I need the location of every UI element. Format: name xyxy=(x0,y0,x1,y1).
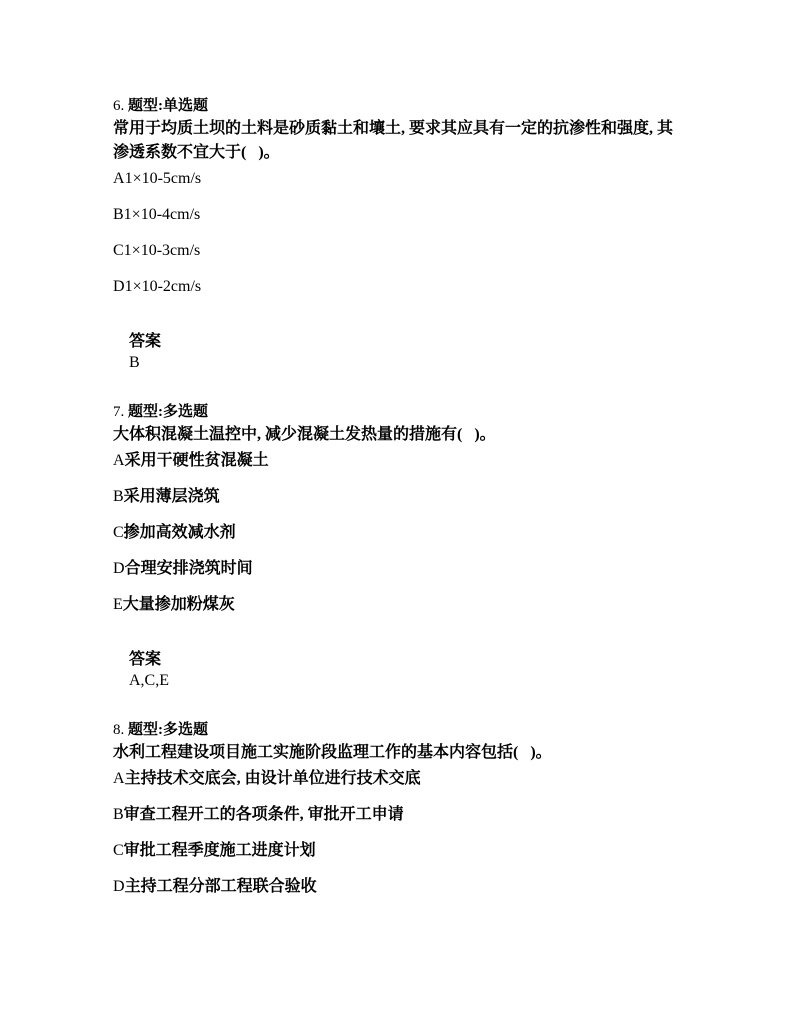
option-line: A1×10-5cm/s xyxy=(113,168,677,189)
question-number: 6. xyxy=(113,98,128,114)
question-options: A主持技术交底会, 由设计单位进行技术交底B审查工程开工的各项条件, 审批开工申… xyxy=(113,768,677,897)
option-line: B审查工程开工的各项条件, 审批开工申请 xyxy=(113,804,677,825)
question-type-heading: 7. 题型:多选题 xyxy=(113,401,677,423)
option-text: 1×10-5cm/s xyxy=(125,170,202,187)
answer-value: A,C,E xyxy=(129,670,677,691)
option-label: D xyxy=(113,878,125,895)
answer-value: B xyxy=(129,352,677,373)
question-type-label: 题型:多选题 xyxy=(128,404,208,420)
answer-label: 答案 xyxy=(129,331,677,352)
option-label: A xyxy=(113,170,125,187)
option-text: 合理安排浇筑时间 xyxy=(125,560,253,577)
option-text: 大量掺加粉煤灰 xyxy=(123,596,235,613)
option-line: B采用薄层浇筑 xyxy=(113,486,677,507)
question-block: 6. 题型:单选题常用于均质土坝的土料是砂质黏土和壤土, 要求其应具有一定的抗渗… xyxy=(113,95,677,373)
question-type-label: 题型:多选题 xyxy=(128,722,208,738)
question-type-heading: 8. 题型:多选题 xyxy=(113,719,677,741)
question-stem-line: 渗透系数不宜大于( )。 xyxy=(113,141,677,165)
question-stem-line: 大体积混凝土温控中, 减少混凝土发热量的措施有( )。 xyxy=(113,423,677,447)
option-label: A xyxy=(113,452,125,469)
option-line: E大量掺加粉煤灰 xyxy=(113,594,677,615)
option-text: 1×10-4cm/s xyxy=(124,206,201,223)
option-line: D合理安排浇筑时间 xyxy=(113,558,677,579)
question-type-heading: 6. 题型:单选题 xyxy=(113,95,677,117)
question-block: 8. 题型:多选题水利工程建设项目施工实施阶段监理工作的基本内容包括( )。A主… xyxy=(113,719,677,897)
question-number: 8. xyxy=(113,722,128,738)
option-text: 主持技术交底会, 由设计单位进行技术交底 xyxy=(125,770,421,787)
question-type-label: 题型:单选题 xyxy=(128,98,208,114)
option-label: C xyxy=(113,842,124,859)
answer-label: 答案 xyxy=(129,649,677,670)
question-options: A1×10-5cm/sB1×10-4cm/sC1×10-3cm/sD1×10-2… xyxy=(113,168,677,297)
question-stem: 大体积混凝土温控中, 减少混凝土发热量的措施有( )。 xyxy=(113,423,677,447)
option-label: A xyxy=(113,770,125,787)
answer-section: 答案B xyxy=(129,331,677,373)
question-options: A采用干硬性贫混凝土B采用薄层浇筑C掺加高效减水剂D合理安排浇筑时间E大量掺加粉… xyxy=(113,450,677,615)
option-line: C掺加高效减水剂 xyxy=(113,522,677,543)
question-block: 7. 题型:多选题大体积混凝土温控中, 减少混凝土发热量的措施有( )。A采用干… xyxy=(113,401,677,691)
option-text: 1×10-2cm/s xyxy=(125,278,202,295)
option-label: B xyxy=(113,206,124,223)
option-label: D xyxy=(113,560,125,577)
option-line: D1×10-2cm/s xyxy=(113,276,677,297)
question-stem: 水利工程建设项目施工实施阶段监理工作的基本内容包括( )。 xyxy=(113,741,677,765)
option-label: C xyxy=(113,524,124,541)
option-label: E xyxy=(113,596,123,613)
option-line: C审批工程季度施工进度计划 xyxy=(113,840,677,861)
option-label: B xyxy=(113,488,124,505)
option-line: B1×10-4cm/s xyxy=(113,204,677,225)
option-text: 采用薄层浇筑 xyxy=(124,488,220,505)
option-line: A主持技术交底会, 由设计单位进行技术交底 xyxy=(113,768,677,789)
option-text: 主持工程分部工程联合验收 xyxy=(125,878,317,895)
option-line: A采用干硬性贫混凝土 xyxy=(113,450,677,471)
option-text: 掺加高效减水剂 xyxy=(124,524,236,541)
exam-document-page: 6. 题型:单选题常用于均质土坝的土料是砂质黏土和壤土, 要求其应具有一定的抗渗… xyxy=(0,0,792,1025)
option-label: B xyxy=(113,806,124,823)
option-label: C xyxy=(113,242,124,259)
question-stem: 常用于均质土坝的土料是砂质黏土和壤土, 要求其应具有一定的抗渗性和强度, 其渗透… xyxy=(113,117,677,165)
question-stem-line: 水利工程建设项目施工实施阶段监理工作的基本内容包括( )。 xyxy=(113,741,677,765)
option-text: 审查工程开工的各项条件, 审批开工申请 xyxy=(124,806,404,823)
option-text: 采用干硬性贫混凝土 xyxy=(125,452,269,469)
option-text: 1×10-3cm/s xyxy=(124,242,201,259)
option-line: C1×10-3cm/s xyxy=(113,240,677,261)
question-list: 6. 题型:单选题常用于均质土坝的土料是砂质黏土和壤土, 要求其应具有一定的抗渗… xyxy=(113,95,677,897)
option-label: D xyxy=(113,278,125,295)
answer-section: 答案A,C,E xyxy=(129,649,677,691)
option-text: 审批工程季度施工进度计划 xyxy=(124,842,316,859)
question-stem-line: 常用于均质土坝的土料是砂质黏土和壤土, 要求其应具有一定的抗渗性和强度, 其 xyxy=(113,117,677,141)
question-number: 7. xyxy=(113,404,128,420)
option-line: D主持工程分部工程联合验收 xyxy=(113,876,677,897)
